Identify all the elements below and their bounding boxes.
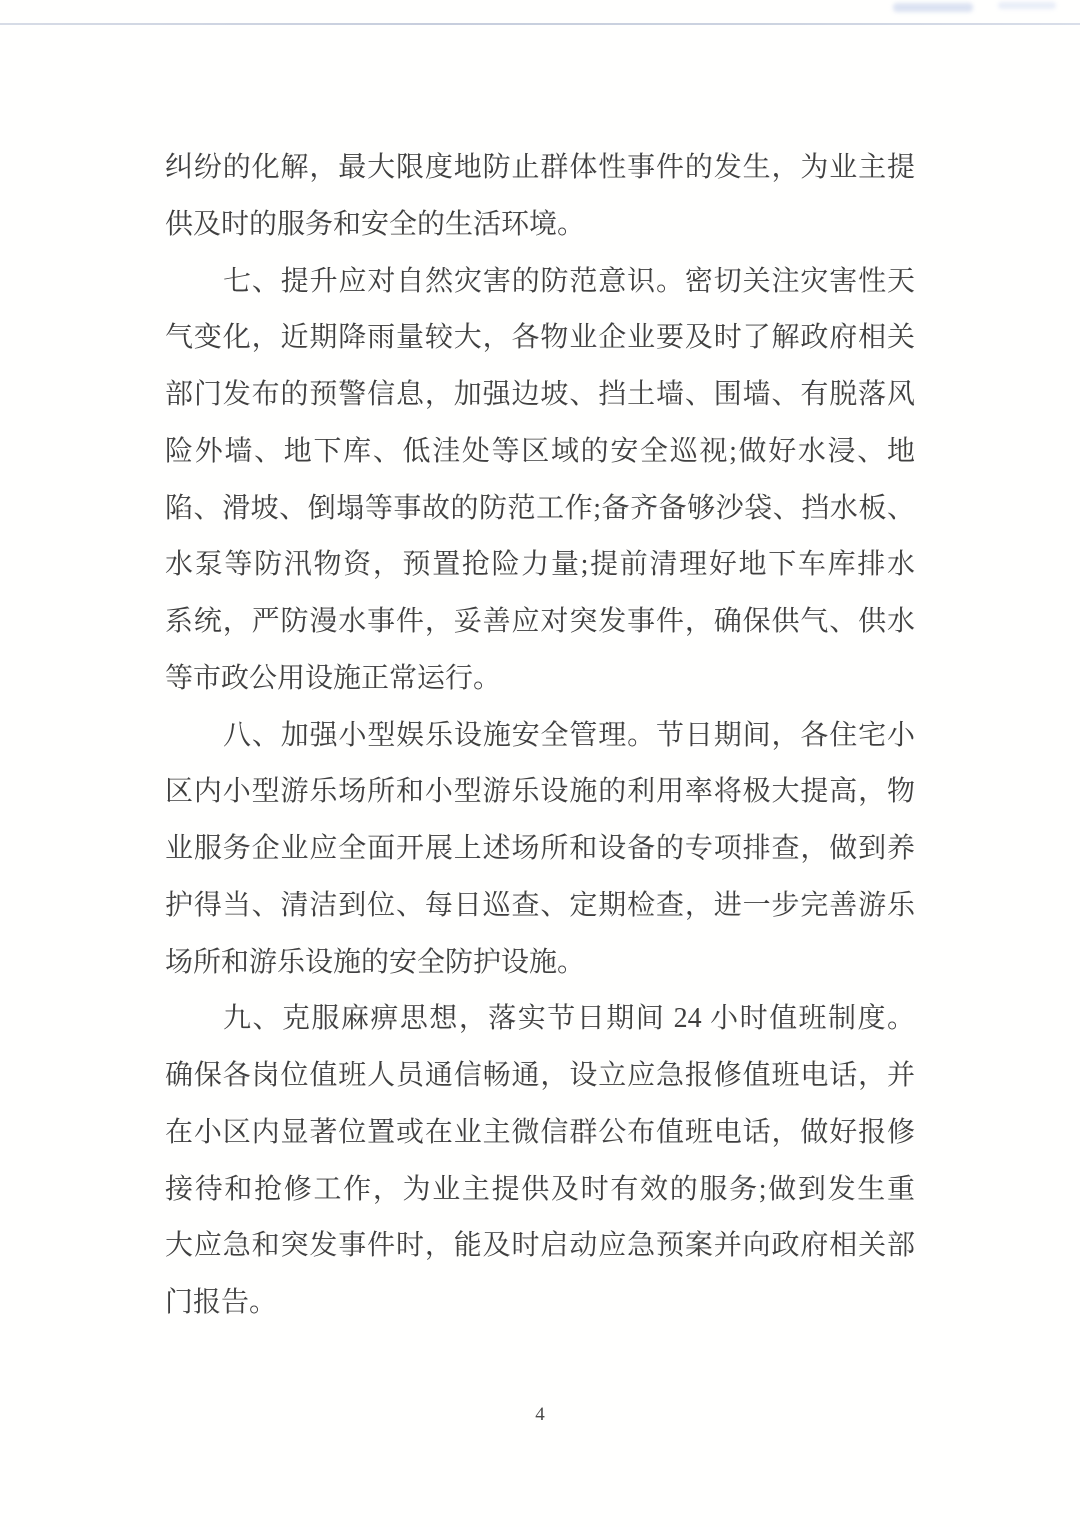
text-line: 纠纷的化解，最大限度地防止群体性事件的发生，为业主提 [165,140,915,197]
text-line: 供及时的服务和安全的生活环境。 [165,197,915,254]
text-line: 九、克服麻痹思想，落实节日期间 24 小时值班制度。 [165,991,915,1048]
text-line: 系统，严防漫水事件，妥善应对突发事件，确保供气、供水 [165,594,915,651]
scan-smudge [998,2,1056,9]
text-line: 在小区内显著位置或在业主微信群公布值班电话，做好报修 [165,1105,915,1162]
paragraph: 七、提升应对自然灾害的防范意识。密切关注灾害性天 气变化，近期降雨量较大，各物业… [165,254,915,708]
text-line: 确保各岗位值班人员通信畅通，设立应急报修值班电话，并 [165,1048,915,1105]
text-line: 护得当、清洁到位、每日巡查、定期检查，进一步完善游乐 [165,878,915,935]
page-number: 4 [0,1402,1080,1428]
page-top-rule [0,23,1080,25]
paragraph: 纠纷的化解，最大限度地防止群体性事件的发生，为业主提 供及时的服务和安全的生活环… [165,140,915,254]
text-line: 水泵等防汛物资，预置抢险力量;提前清理好地下车库排水 [165,537,915,594]
text-line: 八、加强小型娱乐设施安全管理。节日期间，各住宅小 [165,708,915,765]
text-line: 七、提升应对自然灾害的防范意识。密切关注灾害性天 [165,254,915,311]
text-line: 门报告。 [165,1275,915,1332]
text-line: 场所和游乐设施的安全防护设施。 [165,935,915,992]
text-line: 业服务企业应全面开展上述场所和设备的专项排查，做到养 [165,821,915,878]
text-line: 区内小型游乐场所和小型游乐设施的利用率将极大提高，物 [165,764,915,821]
scan-smudge [893,3,973,12]
text-line: 等市政公用设施正常运行。 [165,651,915,708]
paragraph: 九、克服麻痹思想，落实节日期间 24 小时值班制度。 确保各岗位值班人员通信畅通… [165,991,915,1332]
text-line: 气变化，近期降雨量较大，各物业企业要及时了解政府相关 [165,310,915,367]
document-body: 纠纷的化解，最大限度地防止群体性事件的发生，为业主提 供及时的服务和安全的生活环… [165,140,915,1332]
text-line: 陷、滑坡、倒塌等事故的防范工作;备齐备够沙袋、挡水板、 [165,481,915,538]
paragraph: 八、加强小型娱乐设施安全管理。节日期间，各住宅小 区内小型游乐场所和小型游乐设施… [165,708,915,992]
text-line: 部门发布的预警信息，加强边坡、挡土墙、围墙、有脱落风 [165,367,915,424]
document-page: 纠纷的化解，最大限度地防止群体性事件的发生，为业主提 供及时的服务和安全的生活环… [0,0,1080,1527]
text-line: 接待和抢修工作，为业主提供及时有效的服务;做到发生重 [165,1162,915,1219]
text-line: 险外墙、地下库、低洼处等区域的安全巡视;做好水浸、地 [165,424,915,481]
text-line: 大应急和突发事件时，能及时启动应急预案并向政府相关部 [165,1218,915,1275]
